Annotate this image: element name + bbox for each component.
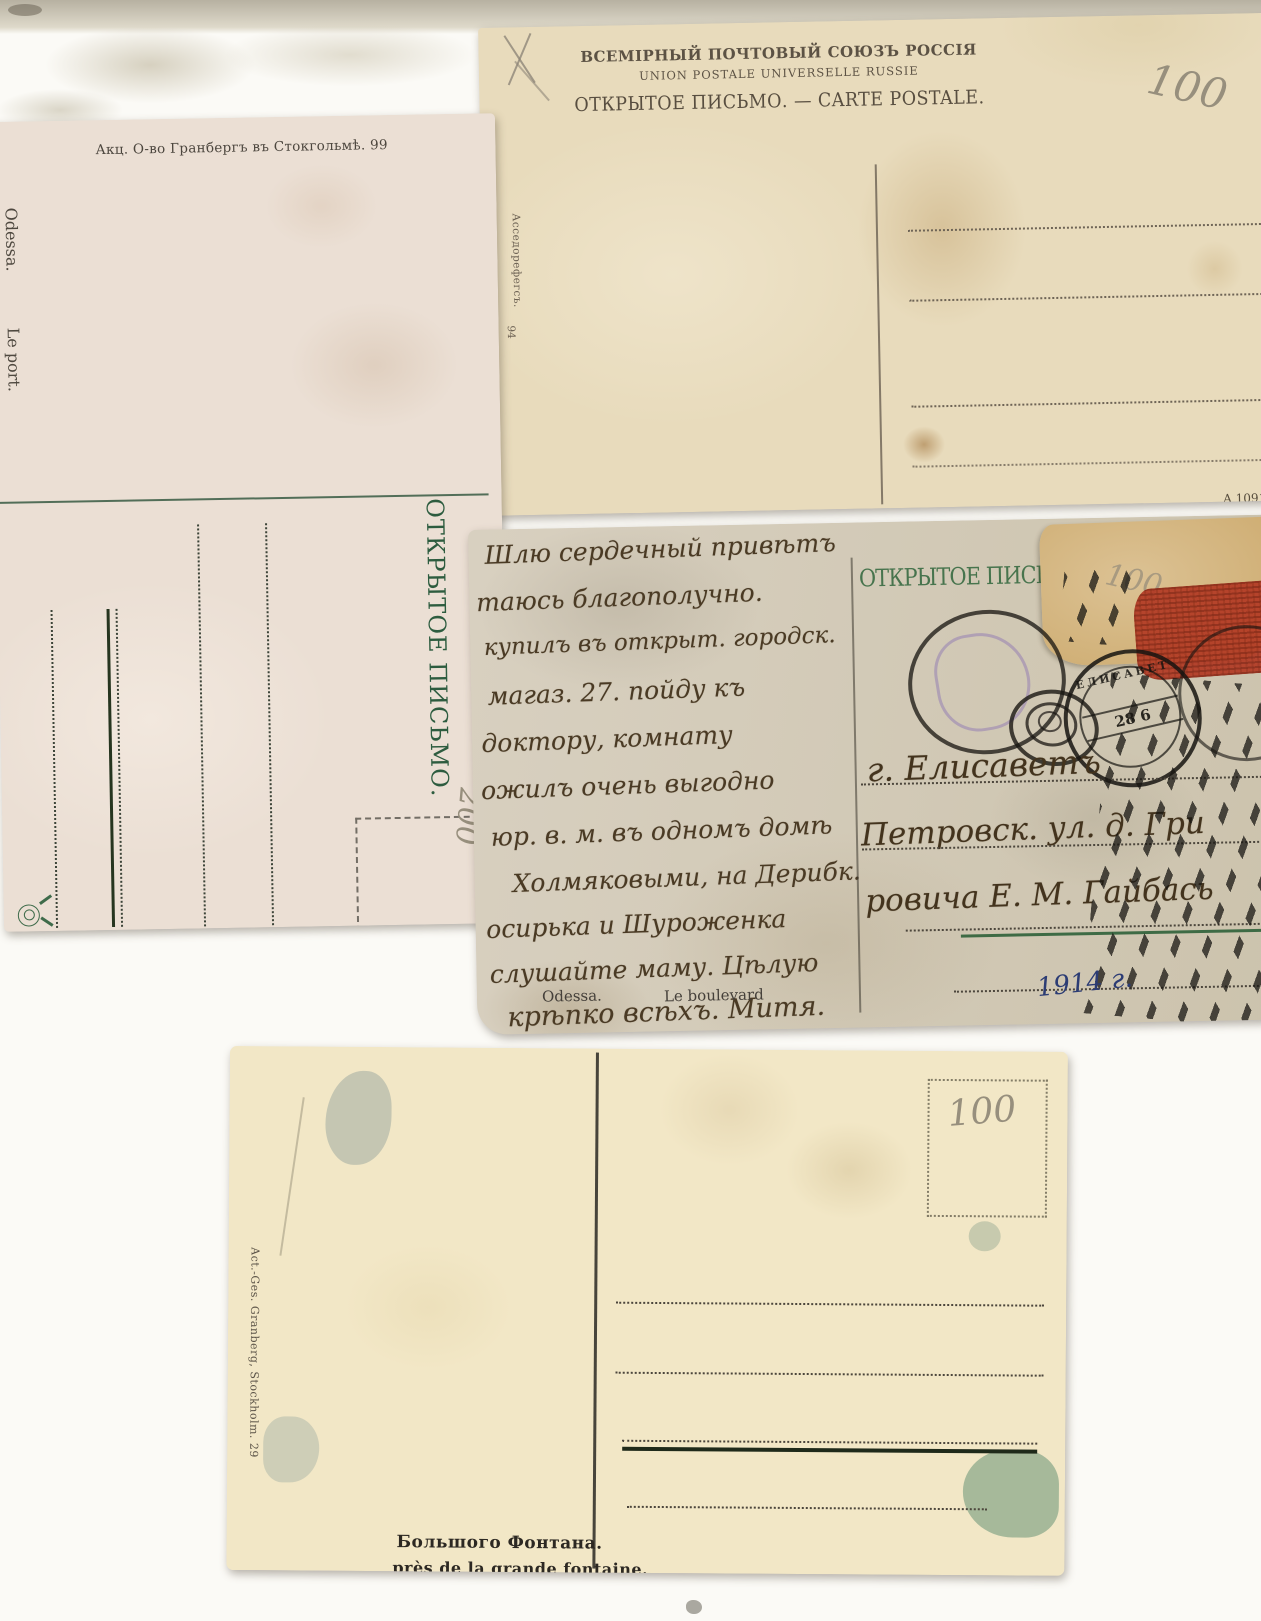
address-line	[911, 399, 1261, 408]
ink-stain	[963, 1449, 1060, 1538]
postcard-scan: ВСЕМІРНЫЙ ПОЧТОВЫЙ СОЮЗЪ РОССІЯ UNION PO…	[0, 0, 1261, 1621]
message-line: слушайте маму. Цѣлую	[489, 948, 818, 989]
ink-stain	[263, 1416, 319, 1482]
message-line: доктору, комнату	[481, 720, 733, 758]
publisher-emblem-icon	[18, 896, 59, 932]
postcard-fontaine-back: Act.-Ges. Granberg, Stockholm. 29 100 Бо…	[226, 1046, 1068, 1576]
address-line	[116, 609, 124, 927]
pencil-price: 100	[1143, 54, 1232, 120]
serial-number: A 1091	[1223, 491, 1261, 506]
address-line	[622, 1440, 1037, 1445]
address-line	[51, 610, 59, 928]
message-line: Шлю сердечный привѣтъ	[484, 528, 836, 570]
ink-stain	[325, 1071, 392, 1165]
address-line	[197, 524, 206, 926]
publisher-imprint: Act.-Ges. Granberg, Stockholm. 29	[247, 1247, 261, 1458]
message-line: Холмяковыми, на Дерибк.	[512, 856, 861, 898]
address-line	[912, 459, 1261, 468]
scratch-mark	[279, 1097, 304, 1256]
address-line	[616, 1302, 1044, 1307]
message-line: юр. в. м. въ одномъ домѣ	[490, 810, 832, 851]
ink-stain	[969, 1221, 1001, 1251]
message-line: таюсь благополучно.	[476, 578, 763, 617]
publisher-imprint: Акц. О-во Гранбергъ въ Стокгольмѣ. 99	[95, 137, 388, 158]
caption-russian: Большого Фонтана.	[396, 1532, 602, 1553]
message-line: магаз. 27. пойду къ	[487, 672, 745, 710]
caption-place: Odessa.	[542, 987, 602, 1006]
scan-speck	[686, 1600, 702, 1614]
scan-speck	[8, 4, 42, 16]
caption-title: Le boulevard	[664, 985, 764, 1005]
address-line-solid	[622, 1447, 1037, 1453]
card-heading: ОТКРЫТОЕ ПИСЬМО.	[421, 498, 454, 798]
caption-title: Le port.	[4, 327, 24, 392]
edge-imprint: Асседорефегсъ.	[510, 213, 524, 308]
cancellation-marks-small	[1058, 563, 1134, 647]
address-line	[627, 1506, 987, 1511]
postcard-handwritten: Шлю сердечный привѣтъ таюсь благополучно…	[468, 515, 1261, 1035]
address-line	[265, 523, 274, 925]
address-line	[107, 609, 116, 927]
postal-union-header: ВСЕМІРНЫЙ ПОЧТОВЫЙ СОЮЗЪ РОССІЯ UNION PO…	[478, 38, 1079, 118]
address-line	[909, 293, 1261, 302]
caption-french: près de la grande fontaine.	[392, 1558, 648, 1576]
postcard-printed-back: ВСЕМІРНЫЙ ПОЧТОВЫЙ СОЮЗЪ РОССІЯ UNION PO…	[478, 13, 1261, 516]
divider-line	[592, 1053, 598, 1569]
address-line	[908, 223, 1261, 232]
stamp-box	[927, 1079, 1048, 1218]
caption-place: Odessa.	[1, 207, 21, 271]
postcard-granberg-back: Акц. О-во Гранбергъ въ Стокгольмѣ. 99 Od…	[0, 113, 509, 932]
message-block: Шлю сердечный привѣтъ таюсь благополучно…	[472, 519, 880, 1035]
message-line: купилъ въ открыт. городск.	[483, 622, 836, 661]
edge-imprint-number: 94	[505, 325, 517, 339]
card-heading: ОТКРЫТОЕ ПИСЬМО. — CARTE POSTALE.	[503, 85, 1055, 118]
divider-line	[0, 493, 489, 504]
address-line	[616, 1372, 1044, 1377]
message-line: осирька и Шуроженка	[486, 904, 787, 944]
message-line: ожилъ очень выгодно	[481, 765, 775, 805]
divider-line	[875, 164, 883, 504]
